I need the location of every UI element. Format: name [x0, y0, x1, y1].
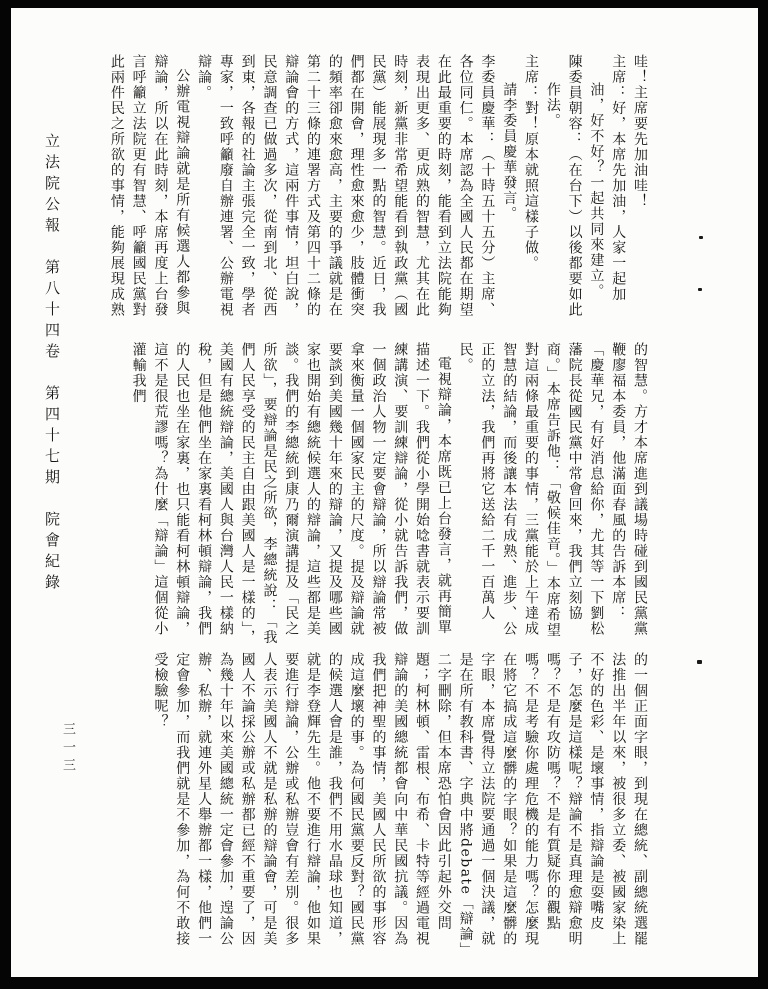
text-paragraph: 請李委員慶華發言。: [497, 54, 519, 330]
text-paragraph: 的一個正面字眼，到現在總統、副總統選罷法推出半年以來，被很多立委、被國家染上不好…: [149, 652, 650, 958]
text-paragraph: 主席：對！原本就照這樣子做。: [519, 54, 541, 330]
text-band-upper: 哇！主席要先加油哇！主席：好，本席先加油，人家一起加油，好不好？一起共同來建立。…: [80, 54, 650, 330]
text-paragraph: 公辦電視辯論就是所有候選人都參與辯論，所以在此時刻，本席再度上台發言呼籲立法院更…: [105, 54, 192, 330]
text-band-lower: 的一個正面字眼，到現在總統、副總統選罷法推出半年以來，被很多立委、被國家染上不好…: [80, 652, 650, 958]
page-number: 三一三: [58, 722, 77, 792]
scan-speck: [697, 660, 702, 664]
text-paragraph: 電視辯論，本席既已上台發言，就再簡單描述一下。我們從小學開始唸書就表示要訓練講演…: [127, 342, 454, 648]
text-paragraph: 的智慧。方才本席進到議場時碰到國民黨黨鞭廖福本委員，他滿面春風的告訴本席：「慶華…: [454, 342, 650, 648]
text-band-middle: 的智慧。方才本席進到議場時碰到國民黨黨鞭廖福本委員，他滿面春風的告訴本席：「慶華…: [80, 342, 650, 648]
text-paragraph: 李委員慶華：（十時五十五分）主席、各位同仁。本席認為全國人民都在期望在此最重要的…: [192, 54, 497, 330]
scanned-gazette-page: 立法院公報 第八十四卷 第四十七期 院會紀錄 三一三 哇！主席要先加油哇！主席：…: [0, 0, 768, 989]
text-paragraph: 哇！主席要先加油哇！: [628, 54, 650, 330]
gazette-margin-title: 立法院公報 第八十四卷 第四十七期 院會紀錄: [42, 133, 63, 643]
text-paragraph: 陳委員朝容：（在台下）以後都要如此作法。: [541, 54, 585, 330]
text-paragraph: 主席：好，本席先加油，人家一起加油，好不好？一起共同來建立。: [585, 54, 629, 330]
scan-speck: [699, 236, 703, 239]
scan-speck: [698, 288, 702, 291]
